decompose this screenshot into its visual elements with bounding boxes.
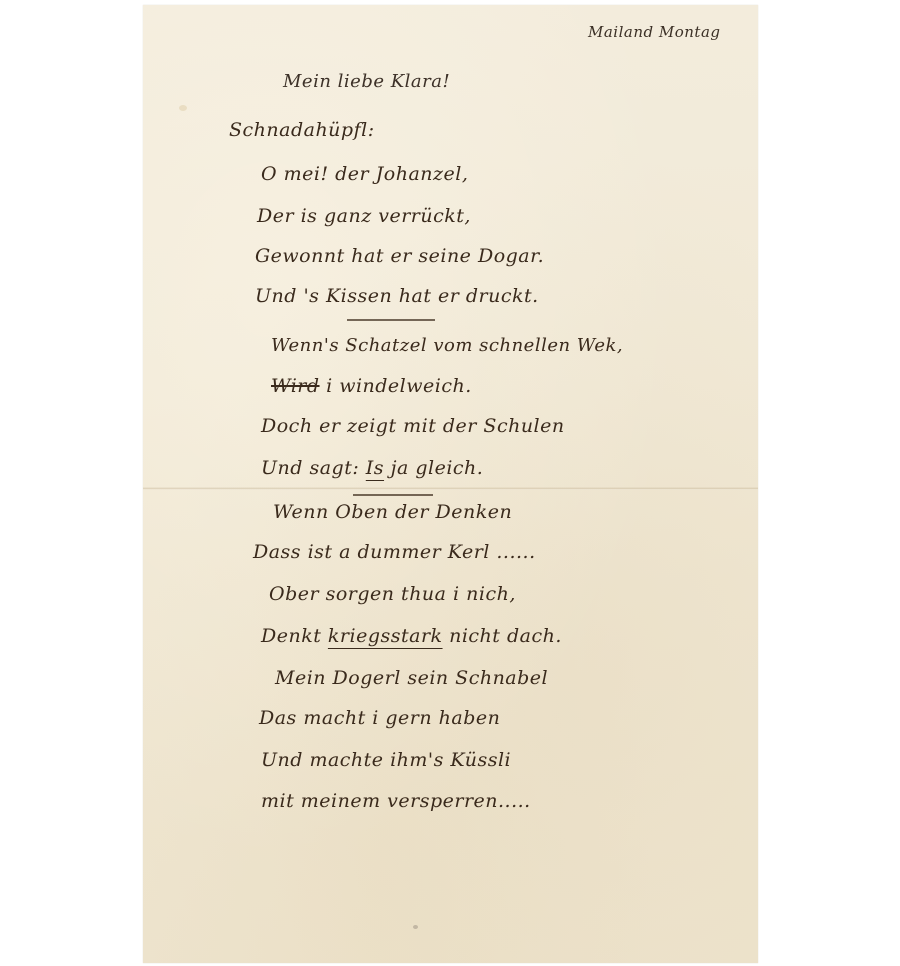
- poem-line-with-strike: Wird i windelweich.: [271, 375, 472, 397]
- paper-stain: [179, 105, 187, 111]
- struck-word: Wird: [271, 375, 320, 397]
- poem-line: Doch er zeigt mit der Schulen: [261, 415, 565, 437]
- poem-line-start: Und sagt:: [261, 457, 366, 479]
- poem-line: Das macht i gern haben: [259, 707, 500, 729]
- poem-line-rest: i windelweich.: [326, 375, 472, 397]
- poem-line: Gewonnt hat er seine Dogar.: [255, 245, 544, 267]
- poem-heading: Schnadahüpfl:: [229, 119, 375, 141]
- poem-line: Ober sorgen thua i nich,: [269, 583, 516, 605]
- poem-line: mit meinem versperren.....: [261, 790, 531, 812]
- poem-line: Der is ganz verrückt,: [257, 205, 471, 227]
- poem-line-end: nicht dach.: [443, 625, 562, 647]
- poem-line: O mei! der Johanzel,: [261, 163, 468, 185]
- poem-line-with-underline: Und sagt: Is ja gleich.: [261, 457, 483, 479]
- poem-line: Mein Dogerl sein Schnabel: [275, 667, 548, 689]
- poem-line-start: Denkt: [261, 625, 328, 647]
- paper-stain: [413, 925, 418, 929]
- poem-line: Dass ist a dummer Kerl ......: [253, 541, 536, 563]
- stanza-divider: [347, 319, 435, 321]
- poem-line: Und 's Kissen hat er druckt.: [255, 285, 539, 307]
- poem-line: Und machte ihm's Küssli: [261, 749, 511, 771]
- underlined-word: Is: [366, 457, 384, 479]
- underlined-word: kriegsstark: [328, 625, 443, 647]
- paper-fold-line: [143, 487, 758, 490]
- salutation: Mein liebe Klara!: [283, 71, 450, 92]
- poem-line: Wenn Oben der Denken: [273, 501, 512, 523]
- poem-line-end: ja gleich.: [384, 457, 483, 479]
- poem-line-with-underline: Denkt kriegsstark nicht dach.: [261, 625, 562, 647]
- stanza-divider: [353, 494, 433, 496]
- poem-line: Wenn's Schatzel vom schnellen Wek,: [271, 335, 623, 356]
- place-date: Mailand Montag: [588, 23, 721, 41]
- letter-page: Mailand Montag Mein liebe Klara! Schnada…: [143, 5, 758, 963]
